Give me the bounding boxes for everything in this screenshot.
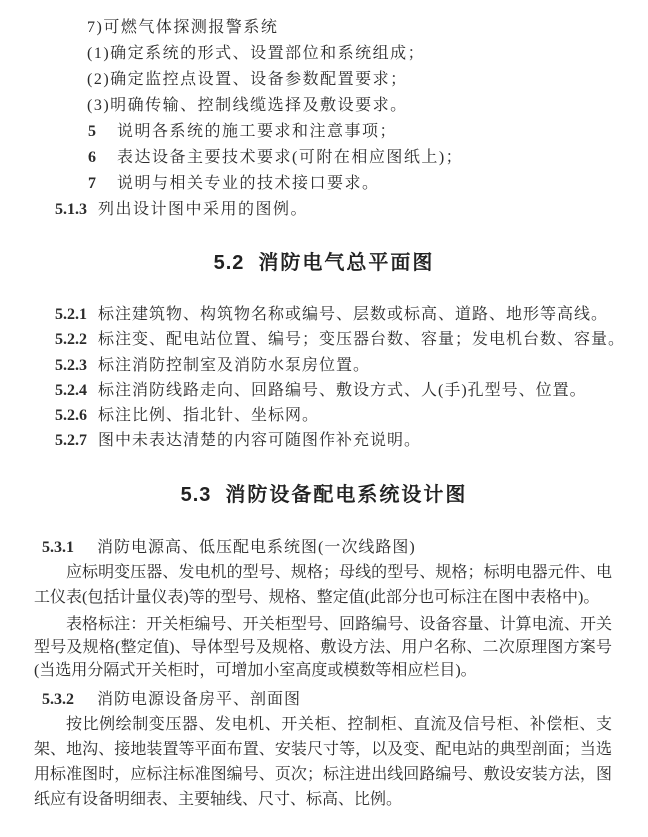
clause-5-3-2: 5.3.2消防电源设备房平、剖面图 xyxy=(0,687,648,712)
clause-5-2-3: 5.2.3标注消防控制室及消防水泵房位置。 xyxy=(0,353,648,378)
heading-number: 5.2 xyxy=(214,252,245,274)
clause-number: 5.2.7 xyxy=(55,428,98,453)
clause-number: 5.2.1 xyxy=(55,302,98,327)
clause-text: 标注比例、指北针、坐标网。 xyxy=(98,407,319,424)
sub-list-item: (3)明确传输、控制线缆选择及敷设要求。 xyxy=(0,93,648,119)
numbered-item: 5说明各系统的施工要求和注意事项； xyxy=(0,119,648,145)
numbered-item: 6表达设备主要技术要求(可附在相应图纸上)； xyxy=(0,145,648,171)
heading-title: 消防设备配电系统设计图 xyxy=(225,484,467,506)
clause-5-2-7: 5.2.7图中未表达清楚的内容可随图作补充说明。 xyxy=(0,428,648,453)
paragraph-5-3-2-a: 按比例绘制变压器、发电机、开关柜、控制柜、直流及信号柜、补偿柜、支架、地沟、接地… xyxy=(34,712,612,812)
clause-text: 标注建筑物、构筑物名称或编号、层数或标高、道路、地形等高线。 xyxy=(98,306,608,323)
sub-list-item: (2)确定监控点设置、设备参数配置要求； xyxy=(0,67,648,93)
clause-5-2-4: 5.2.4标注消防线路走向、回路编号、敷设方式、人(手)孔型号、位置。 xyxy=(0,378,648,403)
section-5-2-clauses: 5.2.1标注建筑物、构筑物名称或编号、层数或标高、道路、地形等高线。 5.2.… xyxy=(0,302,648,454)
clause-5-3-1: 5.3.1消防电源高、低压配电系统图(一次线路图) xyxy=(0,535,648,560)
clause-5-1-3: 5.1.3列出设计图中采用的图例。 xyxy=(0,197,648,223)
clause-number: 5.2.3 xyxy=(55,353,98,378)
clause-number: 5.2.2 xyxy=(55,327,98,352)
clause-5-2-2: 5.2.2标注变、配电站位置、编号；变压器台数、容量；发电机台数、容量。 xyxy=(0,327,648,352)
document-page: 7)可燃气体探测报警系统 (1)确定系统的形式、设置部位和系统组成； (2)确定… xyxy=(0,0,648,837)
clause-text: 标注变、配电站位置、编号；变压器台数、容量；发电机台数、容量。 xyxy=(98,331,625,348)
clause-number: 5.3.2 xyxy=(42,687,97,712)
clause-number: 5.2.4 xyxy=(55,378,98,403)
clause-5-2-1: 5.2.1标注建筑物、构筑物名称或编号、层数或标高、道路、地形等高线。 xyxy=(0,302,648,327)
heading-title: 消防电气总平面图 xyxy=(258,252,434,274)
sub-list-item: (1)确定系统的形式、设置部位和系统组成； xyxy=(0,41,648,67)
clause-number: 5.3.1 xyxy=(42,535,97,560)
clause-text: 消防电源高、低压配电系统图(一次线路图) xyxy=(97,539,416,556)
clause-text: 图中未表达清楚的内容可随图作补充说明。 xyxy=(98,432,421,449)
clause-number: 5.2.6 xyxy=(55,403,98,428)
item-text: 表达设备主要技术要求(可附在相应图纸上)； xyxy=(117,149,463,166)
section-heading-5-3: 5.3消防设备配电系统设计图 xyxy=(0,483,648,507)
clause-text: 消防电源设备房平、剖面图 xyxy=(97,691,301,708)
heading-number: 5.3 xyxy=(181,484,212,506)
item-number: 7 xyxy=(88,171,117,197)
clause-5-2-6: 5.2.6标注比例、指北针、坐标网。 xyxy=(0,403,648,428)
clause-text: 列出设计图中采用的图例。 xyxy=(98,201,308,218)
sub-list-item: 7)可燃气体探测报警系统 xyxy=(0,15,648,41)
clause-text: 标注消防控制室及消防水泵房位置。 xyxy=(98,357,370,374)
item-number: 6 xyxy=(88,145,117,171)
clause-text: 标注消防线路走向、回路编号、敷设方式、人(手)孔型号、位置。 xyxy=(98,382,587,399)
paragraph-5-3-1-a: 应标明变压器、发电机的型号、规格；母线的型号、规格；标明电器元件、电工仪表(包括… xyxy=(34,560,612,610)
paragraph-5-3-1-b: 表格标注：开关柜编号、开关柜型号、回路编号、设备容量、计算电流、开关型号及规格(… xyxy=(34,613,612,682)
item-text: 说明与相关专业的技术接口要求。 xyxy=(117,175,380,192)
intro-list: 7)可燃气体探测报警系统 (1)确定系统的形式、设置部位和系统组成； (2)确定… xyxy=(0,0,648,223)
numbered-item: 7说明与相关专业的技术接口要求。 xyxy=(0,171,648,197)
clause-number: 5.1.3 xyxy=(55,197,98,223)
section-heading-5-2: 5.2消防电气总平面图 xyxy=(0,251,648,275)
item-number: 5 xyxy=(88,119,117,145)
item-text: 说明各系统的施工要求和注意事项； xyxy=(117,123,397,140)
